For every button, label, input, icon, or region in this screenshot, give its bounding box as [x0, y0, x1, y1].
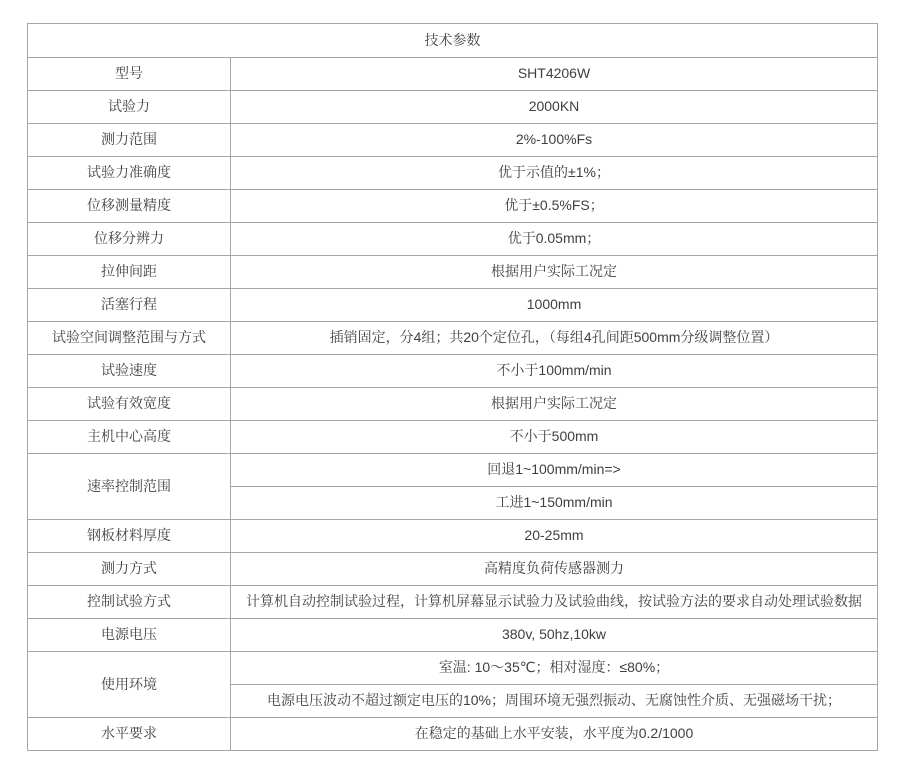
table-row: 水平要求在稳定的基础上水平安装，水平度为0.2/1000 [28, 718, 878, 751]
table-row: 主机中心高度不小于500mm [28, 421, 878, 454]
table-body: 型号SHT4206W试验力2000KN测力范围2%-100%Fs试验力准确度优于… [28, 58, 878, 751]
row-value: 不小于100mm/min [231, 355, 878, 388]
row-label: 钢板材料厚度 [28, 520, 231, 553]
table-row: 拉伸间距根据用户实际工况定 [28, 256, 878, 289]
table-row: 测力方式高精度负荷传感器测力 [28, 553, 878, 586]
row-value: 根据用户实际工况定 [231, 256, 878, 289]
row-label: 试验力准确度 [28, 157, 231, 190]
row-label: 使用环境 [28, 652, 231, 718]
page: 技术参数 型号SHT4206W试验力2000KN测力范围2%-100%Fs试验力… [0, 0, 901, 777]
row-label: 试验空间调整范围与方式 [28, 322, 231, 355]
row-value: 回退1~100mm/min=> [231, 454, 878, 487]
row-label: 主机中心高度 [28, 421, 231, 454]
technical-parameters-table: 技术参数 型号SHT4206W试验力2000KN测力范围2%-100%Fs试验力… [27, 23, 878, 751]
table-row: 试验有效宽度根据用户实际工况定 [28, 388, 878, 421]
row-value: 插销固定，分4组；共20个定位孔，（每组4孔间距500mm分级调整位置） [231, 322, 878, 355]
row-label: 测力方式 [28, 553, 231, 586]
row-label: 型号 [28, 58, 231, 91]
row-label: 位移分辨力 [28, 223, 231, 256]
row-value: 380v, 50hz,10kw [231, 619, 878, 652]
table-row: 使用环境室温: 10～35℃；相对湿度：≤80%； [28, 652, 878, 685]
table-title-row: 技术参数 [28, 24, 878, 58]
row-label: 控制试验方式 [28, 586, 231, 619]
row-label: 水平要求 [28, 718, 231, 751]
row-label: 活塞行程 [28, 289, 231, 322]
table-row: 速率控制范围回退1~100mm/min=> [28, 454, 878, 487]
row-value: 优于0.05mm； [231, 223, 878, 256]
row-value: 在稳定的基础上水平安装，水平度为0.2/1000 [231, 718, 878, 751]
table-row: 控制试验方式计算机自动控制试验过程，计算机屏幕显示试验力及试验曲线，按试验方法的… [28, 586, 878, 619]
table-row: 钢板材料厚度20-25mm [28, 520, 878, 553]
row-label: 试验速度 [28, 355, 231, 388]
row-label: 速率控制范围 [28, 454, 231, 520]
row-label: 电源电压 [28, 619, 231, 652]
table-title: 技术参数 [28, 24, 878, 58]
row-value: 室温: 10～35℃；相对湿度：≤80%； [231, 652, 878, 685]
row-label: 位移测量精度 [28, 190, 231, 223]
row-value: 优于±0.5%FS； [231, 190, 878, 223]
table-row: 试验速度不小于100mm/min [28, 355, 878, 388]
table-row: 电源电压380v, 50hz,10kw [28, 619, 878, 652]
row-value: 工进1~150mm/min [231, 487, 878, 520]
table-row: 活塞行程1000mm [28, 289, 878, 322]
row-label: 测力范围 [28, 124, 231, 157]
table-row: 试验空间调整范围与方式插销固定，分4组；共20个定位孔，（每组4孔间距500mm… [28, 322, 878, 355]
table-row: 测力范围2%-100%Fs [28, 124, 878, 157]
row-value: 2%-100%Fs [231, 124, 878, 157]
table-row: 位移分辨力优于0.05mm； [28, 223, 878, 256]
row-value: SHT4206W [231, 58, 878, 91]
row-value: 计算机自动控制试验过程，计算机屏幕显示试验力及试验曲线，按试验方法的要求自动处理… [231, 586, 878, 619]
table-row: 试验力准确度优于示值的±1%； [28, 157, 878, 190]
row-value: 2000KN [231, 91, 878, 124]
row-value: 20-25mm [231, 520, 878, 553]
table-row: 试验力2000KN [28, 91, 878, 124]
row-value: 1000mm [231, 289, 878, 322]
table-row: 位移测量精度优于±0.5%FS； [28, 190, 878, 223]
row-label: 拉伸间距 [28, 256, 231, 289]
row-value: 优于示值的±1%； [231, 157, 878, 190]
row-label: 试验有效宽度 [28, 388, 231, 421]
row-label: 试验力 [28, 91, 231, 124]
row-value: 电源电压波动不超过额定电压的10%；周围环境无强烈振动、无腐蚀性介质、无强磁场干… [231, 685, 878, 718]
row-value: 不小于500mm [231, 421, 878, 454]
row-value: 根据用户实际工况定 [231, 388, 878, 421]
table-row: 型号SHT4206W [28, 58, 878, 91]
row-value: 高精度负荷传感器测力 [231, 553, 878, 586]
